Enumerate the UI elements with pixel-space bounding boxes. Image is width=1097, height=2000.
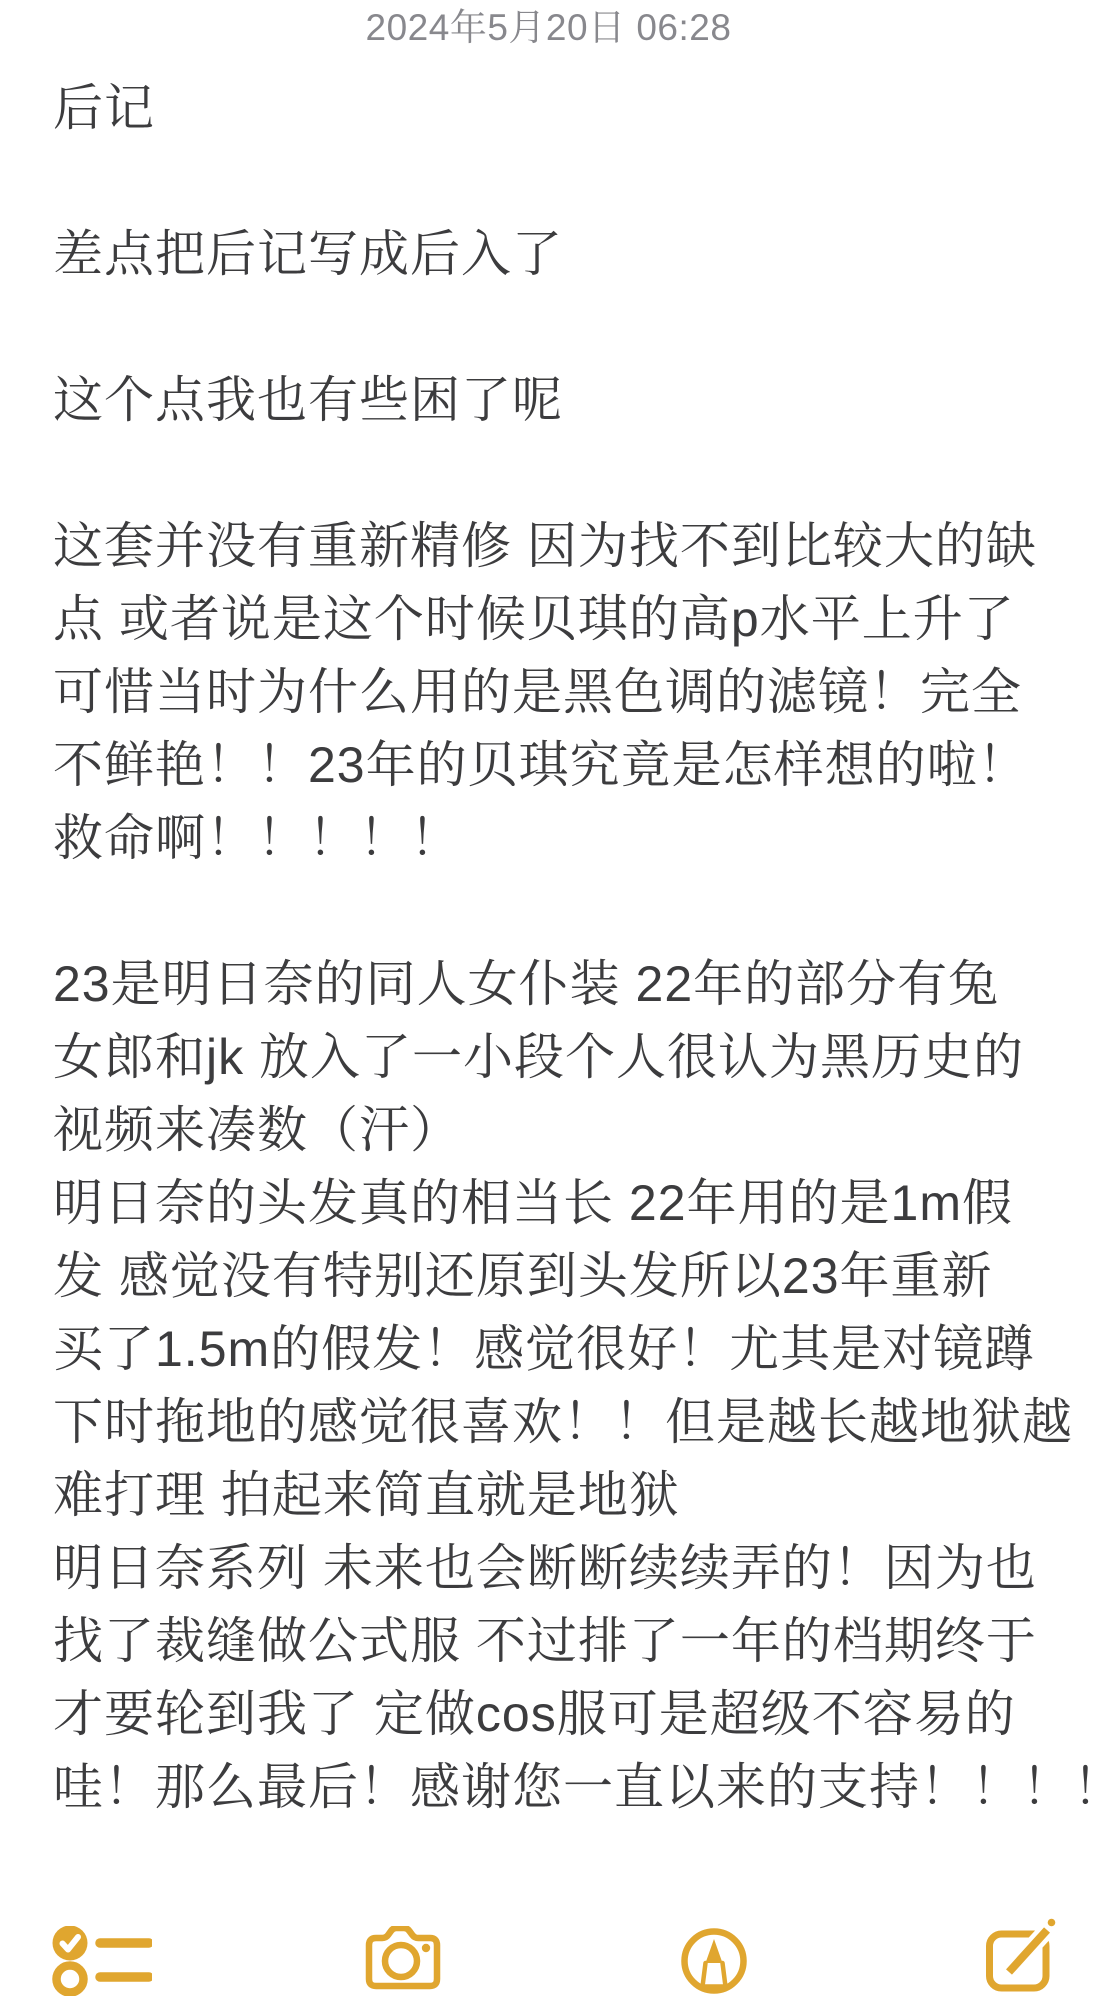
text-line: 发 感觉没有特别还原到头发所以23年重新 — [53, 1240, 1047, 1313]
text-line: 找了裁缝做公式服 不过排了一年的档期终于 — [53, 1605, 1047, 1678]
paragraph: 这个点我也有些困了呢 — [53, 364, 1047, 437]
paragraph: 23是明日奈的同人女仆装 22年的部分有兔 女郎和jk 放入了一小段个人很认为黑… — [53, 948, 1047, 1824]
compose-button[interactable] — [985, 1913, 1057, 1995]
camera-button[interactable] — [364, 1926, 442, 1990]
paragraph: 这套并没有重新精修 因为找不到比较大的缺 点 或者说是这个时候贝琪的高p水平上升… — [53, 510, 1047, 875]
text-line: 这套并没有重新精修 因为找不到比较大的缺 — [53, 510, 1047, 583]
text-line: 下时拖地的感觉很喜欢！！但是越长越地狱越 — [53, 1386, 1047, 1459]
text-line: 哇！那么最后！感谢您一直以来的支持！！！！ — [53, 1751, 1047, 1824]
text-line: 不鲜艳！！23年的贝琪究竟是怎样想的啦！ — [53, 729, 1047, 802]
text-line: 难打理 拍起来简直就是地狱 — [53, 1459, 1047, 1532]
text-line: 可惜当时为什么用的是黑色调的滤镜！完全 — [53, 656, 1047, 729]
compose-icon — [985, 1913, 1057, 1995]
markup-button[interactable] — [681, 1928, 747, 1994]
checklist-button[interactable] — [52, 1926, 152, 1996]
text-line: 点 或者说是这个时候贝琪的高p水平上升了 — [53, 583, 1047, 656]
text-line: 23是明日奈的同人女仆装 22年的部分有兔 — [53, 948, 1047, 1021]
note-body[interactable]: 后记 差点把后记写成后入了 这个点我也有些困了呢 这套并没有重新精修 因为找不到… — [0, 72, 1097, 1824]
notes-screen: 2024年5月20日 06:28 后记 差点把后记写成后入了 这个点我也有些困了… — [0, 0, 1097, 2000]
camera-icon — [364, 1926, 442, 1990]
note-title: 后记 — [53, 72, 1047, 145]
text-line: 买了1.5m的假发！感觉很好！尤其是对镜蹲 — [53, 1313, 1047, 1386]
bottom-toolbar — [0, 1913, 1097, 2000]
checklist-icon — [52, 1926, 152, 1996]
markup-pen-icon — [681, 1928, 747, 1994]
text-line: 视频来凑数（汗） — [53, 1094, 1047, 1167]
paragraph: 差点把后记写成后入了 — [53, 218, 1047, 291]
text-line: 差点把后记写成后入了 — [53, 218, 1047, 291]
text-line: 这个点我也有些困了呢 — [53, 364, 1047, 437]
text-line: 才要轮到我了 定做cos服可是超级不容易的 — [53, 1678, 1047, 1751]
text-line: 救命啊！！！！！ — [53, 802, 1047, 875]
text-line: 女郎和jk 放入了一小段个人很认为黑历史的 — [53, 1021, 1047, 1094]
text-line: 明日奈的头发真的相当长 22年用的是1m假 — [53, 1167, 1047, 1240]
note-date: 2024年5月20日 06:28 — [0, 6, 1097, 50]
text-line: 明日奈系列 未来也会断断续续弄的！因为也 — [53, 1532, 1047, 1605]
